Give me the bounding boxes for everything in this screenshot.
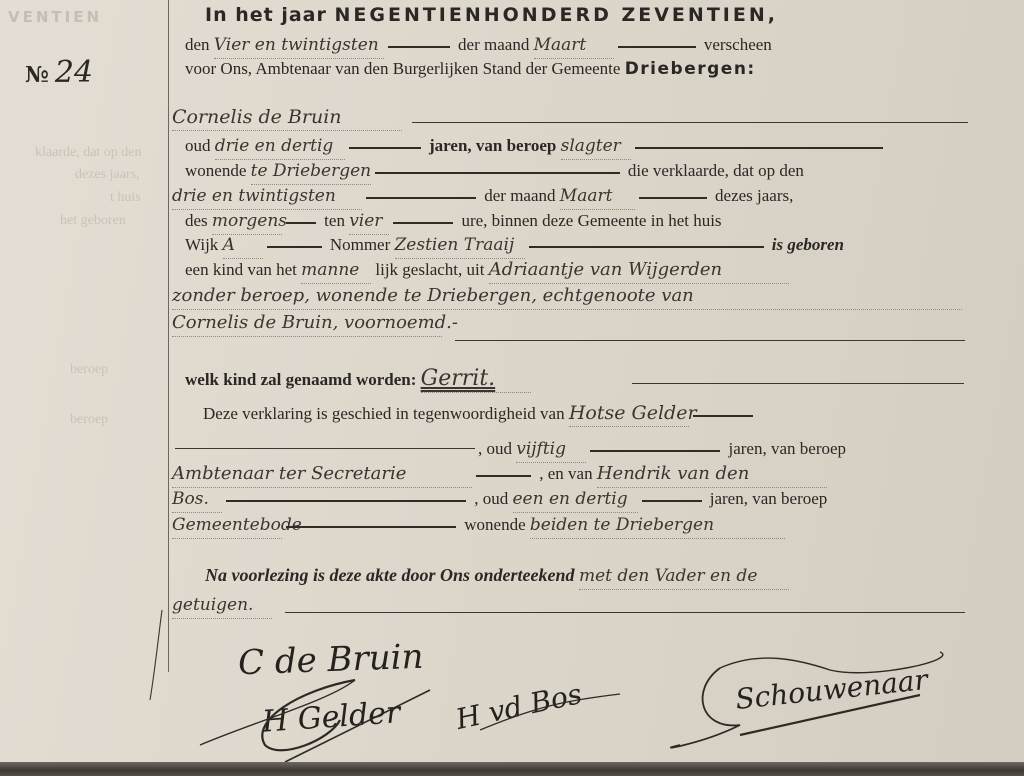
heading-year: NEGENTIENHONDERD ZEVENTIEN, [334, 4, 777, 26]
label-na-voorlezing: Na voorlezing is deze akte door Ons onde… [205, 565, 574, 585]
label-verklaarde: die verklaarde, dat op den [628, 161, 804, 180]
label-nommer: Nommer [330, 235, 390, 254]
line-witness1: Deze verklaring is geschied in tegenwoor… [203, 400, 757, 426]
field-witness1-age: vijftig [516, 436, 586, 463]
fill-dash [286, 525, 456, 528]
label-oud: , oud [474, 489, 508, 508]
field-getuigen: getuigen. [172, 592, 272, 619]
label-jaren-beroep: jaren, van beroep [710, 489, 828, 508]
field-witness2-name: Hendrik van den [597, 461, 827, 488]
field-witnesses-residence: beiden te Driebergen [530, 512, 785, 539]
line-sex-mother: een kind van het manne lijk geslacht, ui… [185, 257, 789, 283]
label-der-maand: der maand [484, 186, 555, 205]
line-birth-date: drie en twintigsten der maand Maart deze… [172, 183, 793, 209]
field-child-name: Gerrit. [421, 366, 531, 393]
margin-rule [168, 0, 169, 672]
line-witnesses-end: getuigen. [172, 592, 272, 618]
bleed-through-line: klaarde, dat op den [35, 145, 142, 161]
field-declarant-age: drie en dertig [215, 133, 345, 160]
line-witness1-age: , oud vijftig jaren, van beroep [478, 436, 846, 462]
line-mother-details: zonder beroep, wonende te Driebergen, ec… [172, 283, 962, 309]
fill-dash [375, 171, 620, 174]
label-wijk: Wijk [185, 235, 218, 254]
fill-dash [642, 499, 702, 502]
line-date-appearance: den Vier en twintigsten der maand Maart … [185, 32, 772, 58]
field-witness1-name: Hotse Gelder [569, 400, 689, 427]
signature-witness2: H vd Bos [453, 677, 585, 736]
line-birth-time: des morgens ten vier ure, binnen deze Ge… [185, 208, 722, 234]
register-page: VENTIEN klaarde, dat op den dezes jaars,… [0, 0, 1024, 770]
field-signed-with: met den Vader en de [579, 563, 789, 590]
field-witness2-age: een en dertig [513, 486, 638, 513]
fill-dash [693, 414, 753, 417]
bleed-through-line: het geboren [60, 213, 126, 229]
line-father-ref: Cornelis de Bruin, voornoemd.- [172, 310, 442, 336]
label-ten: ten [324, 211, 345, 230]
fill-dash [635, 146, 883, 149]
field-father-ref: Cornelis de Bruin, voornoemd.- [172, 310, 442, 337]
fill-dash [388, 45, 450, 48]
label-wonende: wonende [464, 515, 525, 534]
field-sex: manne [301, 257, 371, 284]
line-declarant: Cornelis de Bruin [172, 104, 402, 130]
line-address: Wijk A Nommer Zestien Traaij is geboren [185, 232, 844, 258]
fill-dash [590, 449, 720, 452]
label-wonende: wonende [185, 161, 246, 180]
field-wijk: A [223, 232, 263, 259]
page-bottom-edge [0, 762, 1024, 776]
field-time-of-day: morgens [212, 208, 282, 235]
fill-dash [267, 245, 322, 248]
field-witness1-occupation: Ambtenaar ter Secretarie [172, 461, 472, 488]
line-witness2-age: Bos. , oud een en dertig jaren, van bero… [172, 486, 827, 512]
field-birth-hour: vier [349, 208, 389, 235]
line-residence: wonende te Driebergen die verklaarde, da… [185, 158, 804, 184]
label-registrar: voor Ons, Ambtenaar van den Burgerlijken… [185, 59, 620, 78]
label-child-name: welk kind zal genaamd worden: [185, 370, 416, 389]
label-kind-van-het: een kind van het [185, 260, 297, 279]
bleed-through-line: dezes jaars, [75, 167, 140, 183]
bleed-through-line: t huis [110, 190, 141, 206]
fill-dash [349, 146, 421, 149]
fill-dash [393, 221, 453, 224]
label-oud: oud [185, 136, 211, 155]
field-witness2-surname: Bos. [172, 486, 222, 513]
line-age-occupation: oud drie en dertig jaren, van beroep sla… [185, 133, 887, 159]
field-birth-month: Maart [560, 183, 635, 210]
field-declaration-day: Vier en twintigsten [214, 32, 384, 59]
numero-sign: № [25, 62, 49, 88]
signature-father: C de Bruin [237, 637, 424, 683]
field-nommer: Zestien Traaij [395, 232, 525, 259]
municipality: Driebergen: [625, 59, 756, 79]
line-child-name: welk kind zal genaamd worden: Gerrit. [185, 366, 531, 392]
fill-dash [366, 196, 476, 199]
label-ure: ure, binnen deze Gemeente in het huis [461, 211, 721, 230]
record-number-value: 24 [55, 55, 93, 90]
label-verscheen: verscheen [704, 35, 772, 54]
label-geslacht-uit: lijk geslacht, uit [375, 260, 484, 279]
record-number: №24 [25, 55, 93, 90]
bleed-through-line: beroep [70, 412, 108, 428]
label-jaren-beroep: jaren, van beroep [729, 439, 847, 458]
field-mother-details: zonder beroep, wonende te Driebergen, ec… [172, 283, 962, 310]
field-declarant-occupation: slagter [561, 133, 631, 160]
field-witness2-occupation: Gemeentebode [172, 512, 282, 539]
line-witness2-occupation: Gemeentebode wonende beiden te Drieberge… [172, 512, 785, 538]
field-declarant-residence: te Driebergen [251, 158, 371, 185]
fill-dash [639, 196, 707, 199]
label-oud: , oud [478, 439, 512, 458]
label-tegenwoordigheid: Deze verklaring is geschied in tegenwoor… [203, 404, 565, 423]
label-dezes-jaars: dezes jaars, [715, 186, 793, 205]
bleed-through-line: beroep [70, 362, 108, 378]
signature-witness1: H Gelder [261, 695, 401, 740]
label-jaren-beroep: jaren, van beroep [429, 136, 556, 155]
fill-line [285, 612, 965, 613]
bleed-through-heading: VENTIEN [8, 8, 102, 26]
fill-line [455, 340, 965, 341]
fill-line [412, 122, 968, 123]
label-des: des [185, 211, 208, 230]
field-declaration-month: Maart [534, 32, 614, 59]
label-den: den [185, 35, 210, 54]
field-mother-name: Adriaantje van Wijgerden [489, 257, 789, 284]
label-en-van: , en van [539, 464, 592, 483]
fill-dash [476, 474, 531, 477]
line-registrar: voor Ons, Ambtenaar van den Burgerlijken… [185, 56, 756, 82]
heading: In het jaar NEGENTIENHONDERD ZEVENTIEN, [205, 4, 778, 26]
fill-line [175, 448, 475, 449]
field-declarant-name: Cornelis de Bruin [172, 104, 402, 131]
field-birth-day: drie en twintigsten [172, 183, 362, 210]
label-is-geboren: is geboren [772, 235, 844, 254]
fill-line [632, 383, 964, 384]
fill-dash [529, 245, 764, 248]
fill-dash [618, 45, 696, 48]
signature-registrar: Schouwenaar [734, 663, 930, 716]
line-signing: Na voorlezing is deze akte door Ons onde… [205, 562, 789, 588]
fill-dash [286, 221, 316, 224]
line-witness-occupation: Ambtenaar ter Secretarie , en van Hendri… [172, 461, 827, 487]
fill-dash [226, 499, 466, 502]
label-der-maand: der maand [458, 35, 529, 54]
heading-prefix: In het jaar [205, 4, 327, 26]
